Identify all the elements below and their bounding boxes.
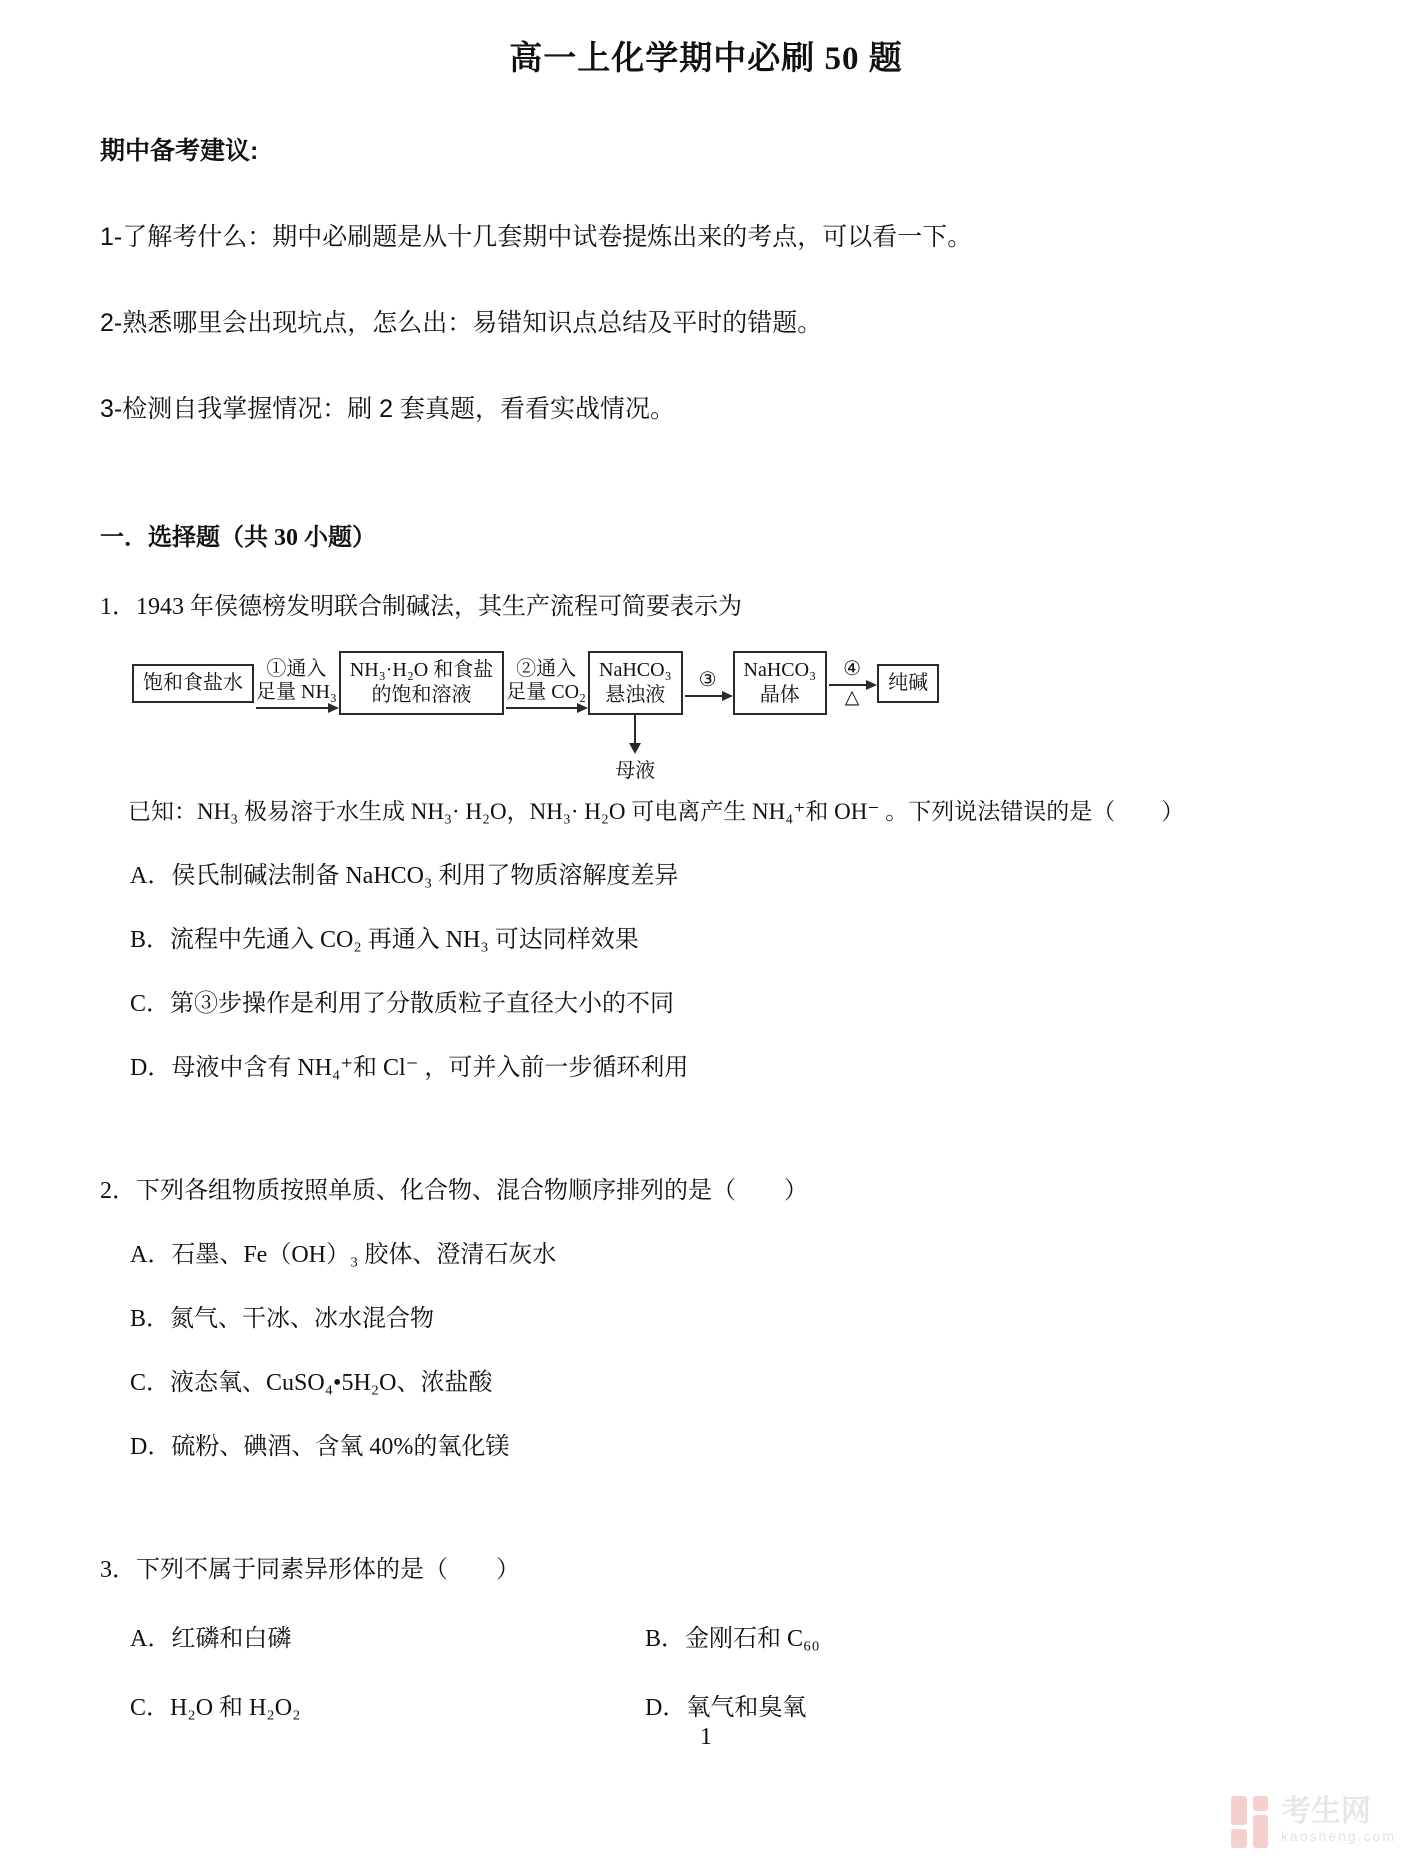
flow-box-ammonia-brine: NH₃·H₂O 和食盐 的饱和溶液 bbox=[339, 651, 504, 715]
question-3-number: 3． bbox=[100, 1557, 136, 1583]
exam-document-page: 高一上化学期中必刷 50 题 期中备考建议: 1-了解考什么：期中必刷题是从十几… bbox=[0, 0, 1412, 1864]
flow-arrow-step4-label-top: ④ bbox=[843, 658, 861, 681]
question-3-option-b: B．金刚石和 C₆₀ bbox=[645, 1618, 820, 1653]
right-arrow-icon bbox=[256, 707, 337, 709]
flow-box-saturated-brine: 饱和食盐水 bbox=[132, 664, 254, 703]
flow-arrow-step3-label: ③ bbox=[699, 669, 717, 692]
kaosheng-logo-icon bbox=[1231, 1796, 1271, 1848]
flow-arrow-step2: ②通入 足量 CO₂ bbox=[504, 658, 588, 709]
watermark-site-domain: kaosheng.com bbox=[1281, 1828, 1396, 1844]
right-arrow-icon bbox=[829, 684, 875, 686]
question-3-options-row-2: C．H₂O 和 H₂O₂ D．氧气和臭氧 bbox=[130, 1687, 1412, 1722]
flow-down-arrow: 母液 bbox=[615, 715, 655, 783]
flow-arrow-step1-label-bottom: 足量 NH₃ bbox=[256, 681, 337, 704]
right-arrow-icon bbox=[506, 707, 586, 709]
flow-box-suspension-stack: NaHCO₃ 悬浊液 母液 bbox=[588, 651, 683, 715]
question-3-option-a: A．红磷和白磷 bbox=[130, 1618, 645, 1653]
question-2-option-b: B．氮气、干冰、冰水混合物 bbox=[130, 1298, 1412, 1333]
question-2-number: 2． bbox=[100, 1178, 136, 1204]
question-1-option-a: A．侯氏制碱法制备 NaHCO₃ 利用了物质溶解度差异 bbox=[130, 855, 1412, 890]
right-arrow-icon bbox=[685, 695, 731, 697]
question-1-option-c: C．第③步操作是利用了分散质粒子直径大小的不同 bbox=[130, 983, 1412, 1018]
flow-arrow-step1: ①通入 足量 NH₃ bbox=[254, 658, 339, 709]
question-3-options-row-1: A．红磷和白磷 B．金刚石和 C₆₀ bbox=[130, 1618, 1412, 1653]
flow-arrow-step2-label-bottom: 足量 CO₂ bbox=[506, 681, 586, 704]
question-1-stem: 1．1943 年侯德榜发明联合制碱法，其生产流程可简要表示为 bbox=[100, 586, 1412, 621]
advice-item-2: 2-熟悉哪里会出现坑点，怎么出：易错知识点总结及平时的错题。 bbox=[100, 303, 1412, 339]
question-2-option-c: C．液态氧、CuSO₄•5H₂O、浓盐酸 bbox=[130, 1362, 1412, 1397]
question-3-option-c: C．H₂O 和 H₂O₂ bbox=[130, 1687, 645, 1722]
flow-arrow-step1-label-top: ①通入 bbox=[266, 658, 326, 681]
advice-item-3: 3-检测自我掌握情况：刷 2 套真题，看看实战情况。 bbox=[100, 389, 1412, 425]
flow-arrow-step3: ③ bbox=[683, 669, 733, 697]
question-1-known: 已知：NH₃ 极易溶于水生成 NH₃· H₂O，NH₃· H₂O 可电离产生 N… bbox=[128, 793, 1412, 826]
question-2-stem: 2．下列各组物质按照单质、化合物、混合物顺序排列的是（ ） bbox=[100, 1170, 1412, 1205]
kaosheng-watermark: 考生网 kaosheng.com bbox=[1231, 1796, 1396, 1848]
process-flowchart: 饱和食盐水 ①通入 足量 NH₃ NH₃·H₂O 和食盐 的饱和溶液 ②通入 足… bbox=[132, 651, 1412, 715]
flow-byproduct-mother-liquor: 母液 bbox=[615, 754, 655, 783]
flow-arrow-step2-label-top: ②通入 bbox=[516, 658, 576, 681]
page-title: 高一上化学期中必刷 50 题 bbox=[0, 0, 1412, 79]
question-3-option-d: D．氧气和臭氧 bbox=[645, 1687, 806, 1722]
flow-box-nahco3-crystal: NaHCO₃ 晶体 bbox=[733, 651, 828, 715]
question-1-option-b: B．流程中先通入 CO₂ 再通入 NH₃ 可达同样效果 bbox=[130, 919, 1412, 954]
advice-heading: 期中备考建议: bbox=[100, 131, 1412, 167]
down-arrow-icon bbox=[634, 715, 636, 745]
question-1-number: 1． bbox=[100, 594, 136, 620]
watermark-site-name: 考生网 bbox=[1281, 1796, 1396, 1828]
question-1-option-d: D．母液中含有 NH₄⁺和 Cl⁻ ，可并入前一步循环利用 bbox=[130, 1047, 1412, 1082]
page-number: 1 bbox=[0, 1724, 1412, 1751]
flow-arrow-step4: ④ △ bbox=[827, 658, 877, 709]
section-heading: 一．选择题（共 30 小题） bbox=[100, 517, 1412, 552]
question-2-option-a: A．石墨、Fe（OH）₃ 胶体、澄清石灰水 bbox=[130, 1234, 1412, 1269]
kaosheng-watermark-text: 考生网 kaosheng.com bbox=[1281, 1796, 1396, 1844]
flow-box-nahco3-suspension: NaHCO₃ 悬浊液 bbox=[588, 651, 683, 715]
flow-box-soda-ash: 纯碱 bbox=[877, 664, 939, 703]
question-3-stem: 3．下列不属于同素异形体的是（ ） bbox=[100, 1549, 1412, 1584]
advice-item-1: 1-了解考什么：期中必刷题是从十几套期中试卷提炼出来的考点，可以看一下。 bbox=[100, 217, 1412, 253]
heat-delta-icon: △ bbox=[845, 687, 860, 709]
question-2-option-d: D．硫粉、碘酒、含氧 40%的氧化镁 bbox=[130, 1426, 1412, 1461]
